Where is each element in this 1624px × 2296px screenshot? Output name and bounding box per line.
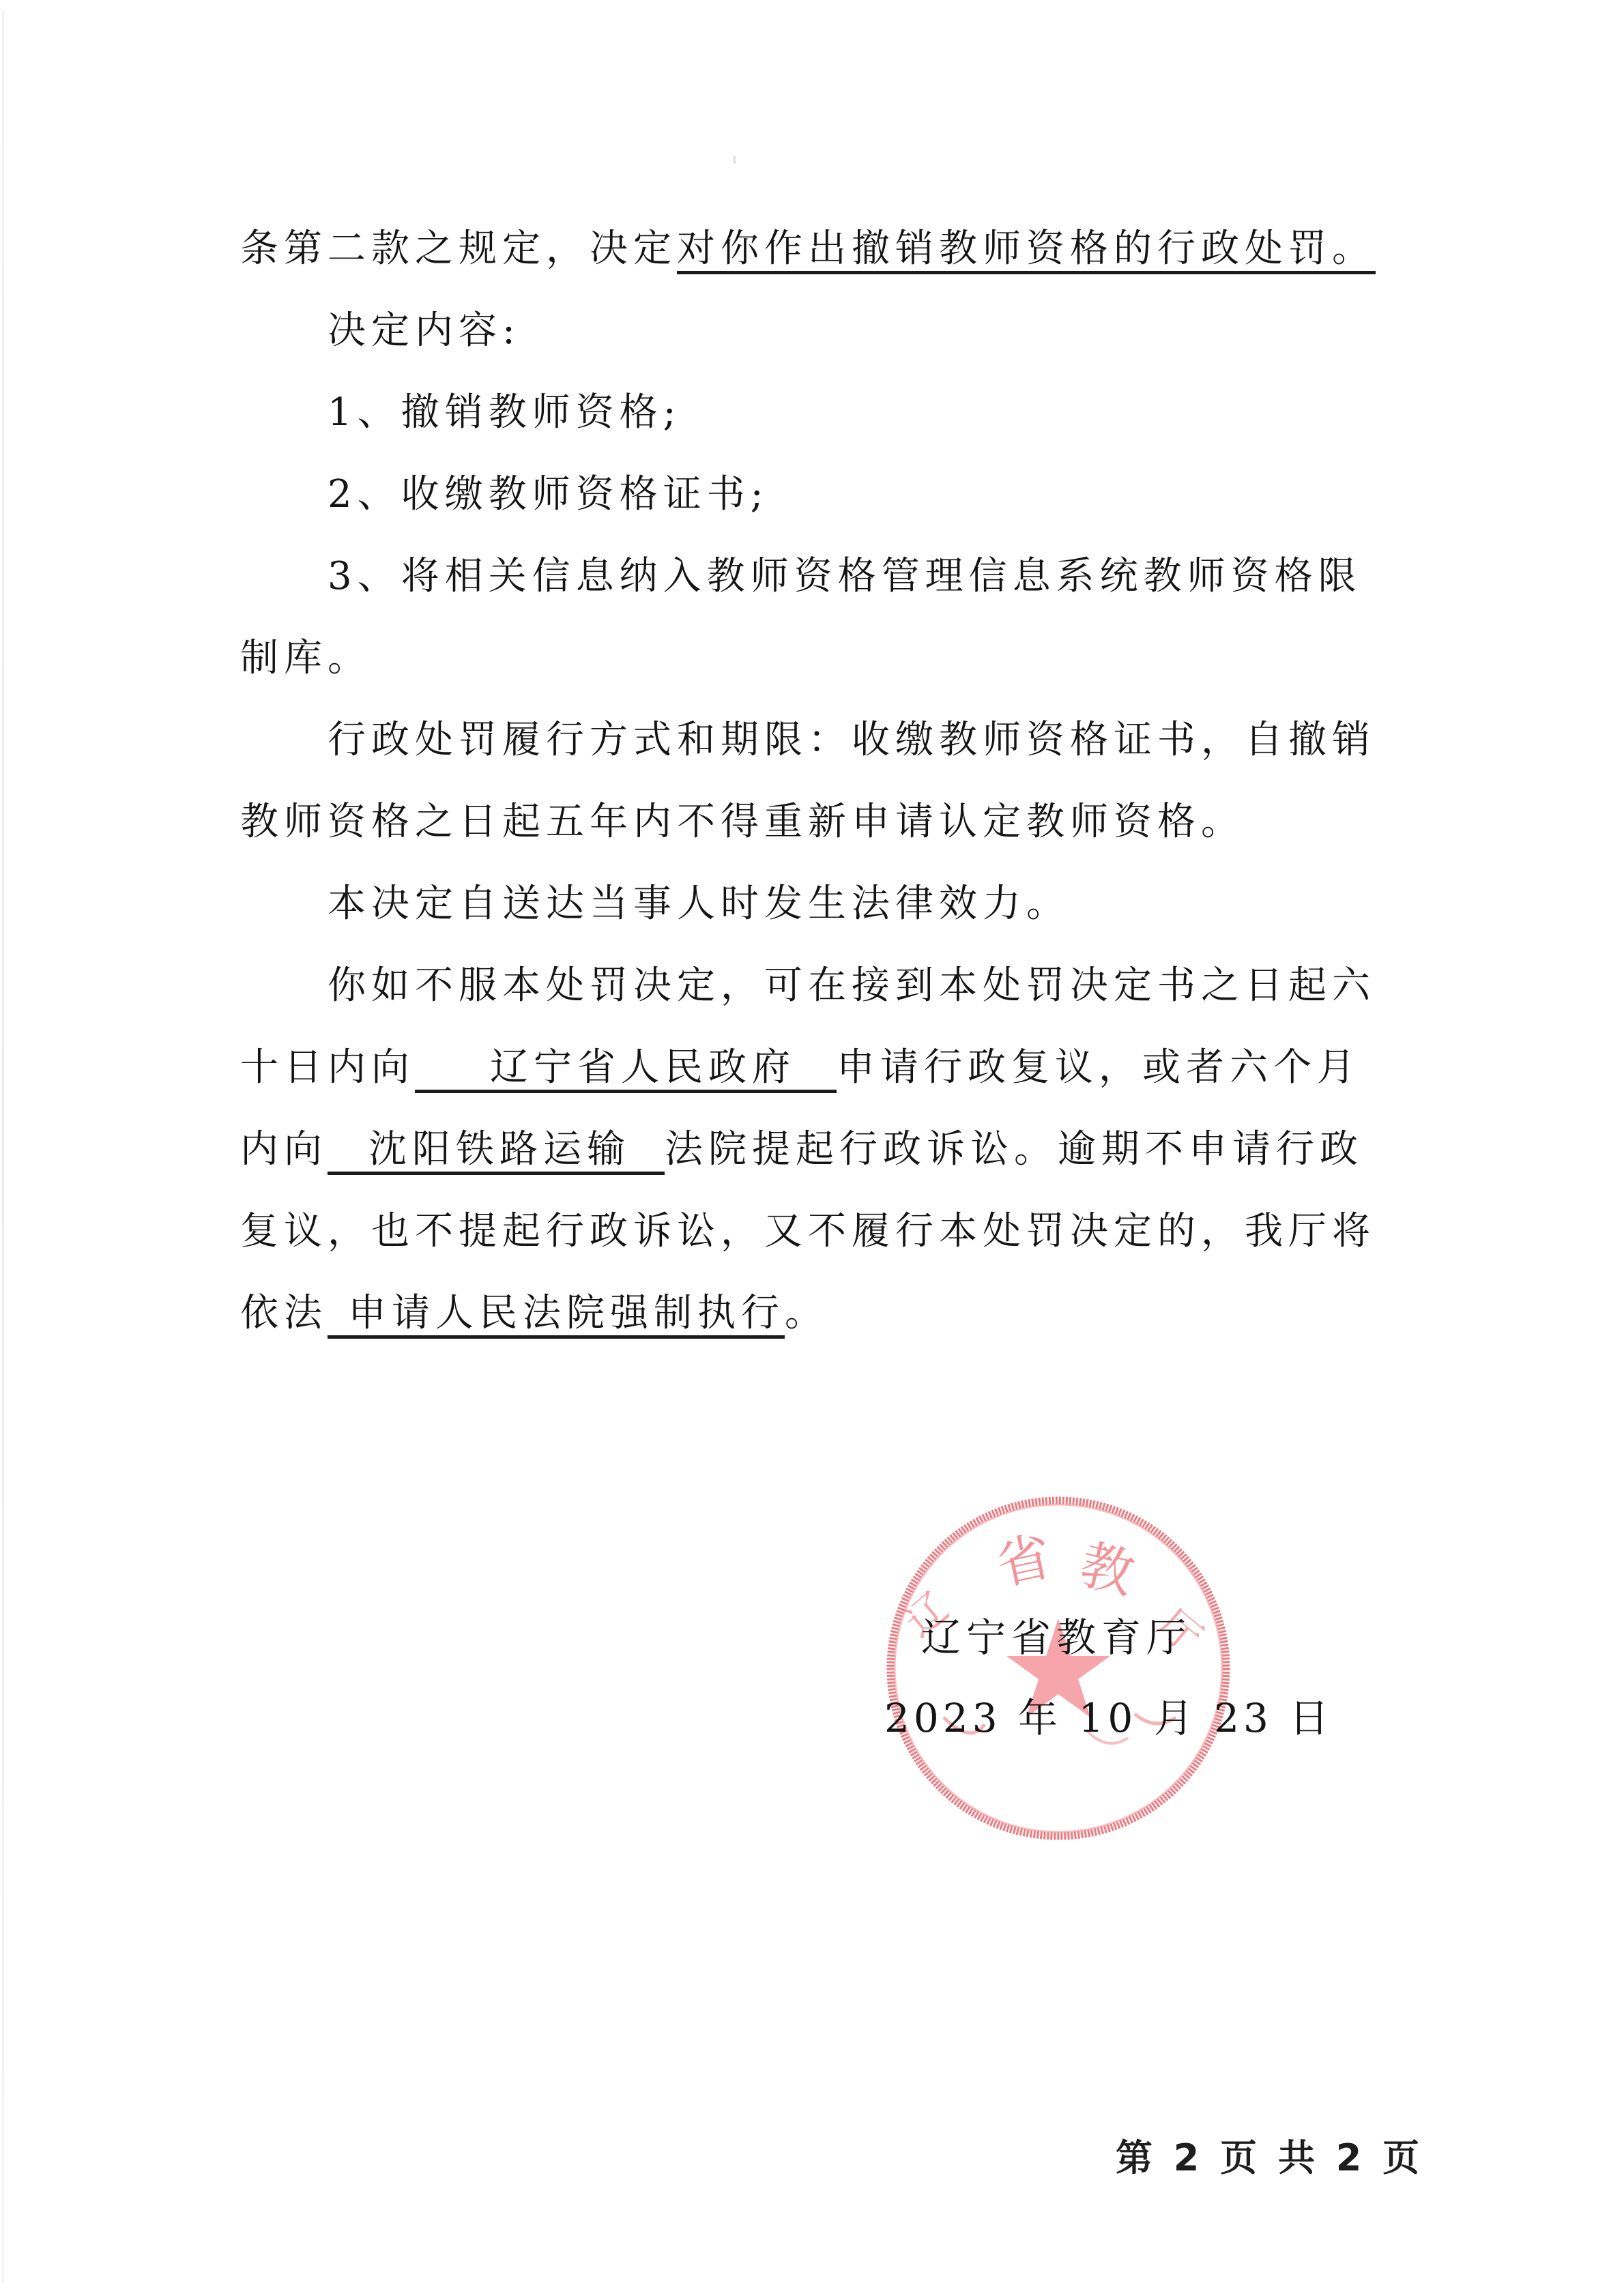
official-seal-stamp: 省 教 辽 厅	[882, 1492, 1234, 1844]
decision-item-3-line2: 制库。	[240, 631, 371, 686]
issue-date: 2023 年 10 月 23 日	[884, 1691, 1333, 1745]
appeal-line3-tail: 法院提起行政诉讼。逾期不申请行政	[665, 1127, 1363, 1172]
appeal-line5-lead: 依法	[240, 1291, 328, 1335]
review-authority-field: 辽宁省人民政府	[415, 1046, 837, 1093]
decision-underlined-text: 对你作出撤销教师资格的行政处罚。	[677, 227, 1376, 274]
litigation-court-field: 沈阳铁路运输	[328, 1128, 665, 1175]
appeal-line3: 内向沈阳铁路运输法院提起行政诉讼。逾期不申请行政	[240, 1122, 1363, 1177]
appeal-line4: 复议，也不提起行政诉讼，又不履行本处罚决定的，我厅将	[240, 1204, 1376, 1259]
appeal-line5: 依法申请人民法院强制执行。	[240, 1286, 828, 1341]
scan-edge-artifact	[2, 10, 4, 2282]
paragraph-decision: 条第二款之规定，决定对你作出撤销教师资格的行政处罚。	[240, 222, 1376, 276]
appeal-line3-lead: 内向	[240, 1127, 328, 1172]
page-indicator: 第 2 页 共 2 页	[1116, 2132, 1423, 2184]
appeal-line2-tail: 申请行政复议，或者六个月	[837, 1045, 1361, 1090]
svg-text:省: 省	[991, 1526, 1056, 1597]
penalty-method-line2: 教师资格之日起五年内不得重新申请认定教师资格。	[240, 795, 1245, 849]
litigation-court-value: 沈阳铁路运输	[368, 1127, 630, 1172]
appeal-line5-tail: 。	[785, 1291, 828, 1335]
appeal-line2-lead: 十日内向	[240, 1045, 415, 1090]
decision-content-heading: 决定内容:	[328, 304, 521, 358]
review-authority-value: 辽宁省人民政府	[490, 1045, 796, 1090]
penalty-method-line1: 行政处罚履行方式和期限：收缴教师资格证书，自撤销	[328, 713, 1376, 768]
decision-lead-text: 条第二款之规定，决定	[240, 227, 677, 271]
enforcement-value: 申请人民法院强制执行	[348, 1291, 785, 1335]
issuer-name: 辽宁省教育厅	[921, 1610, 1191, 1665]
enforcement-field: 申请人民法院强制执行	[328, 1292, 785, 1339]
decision-item-3-line1: 3、将相关信息纳入教师资格管理信息系统教师资格限	[328, 549, 1362, 604]
decision-item-2: 2、收缴教师资格证书;	[328, 467, 769, 522]
appeal-line1: 你如不服本处罚决定，可在接到本处罚决定书之日起六	[328, 959, 1376, 1013]
effectiveness-statement: 本决定自送达当事人时发生法律效力。	[328, 877, 1070, 931]
svg-text:教: 教	[1073, 1534, 1140, 1606]
appeal-line2: 十日内向辽宁省人民政府申请行政复议，或者六个月	[240, 1041, 1361, 1095]
scan-speck	[734, 156, 736, 164]
decision-item-1: 1、撤销教师资格;	[328, 386, 682, 440]
